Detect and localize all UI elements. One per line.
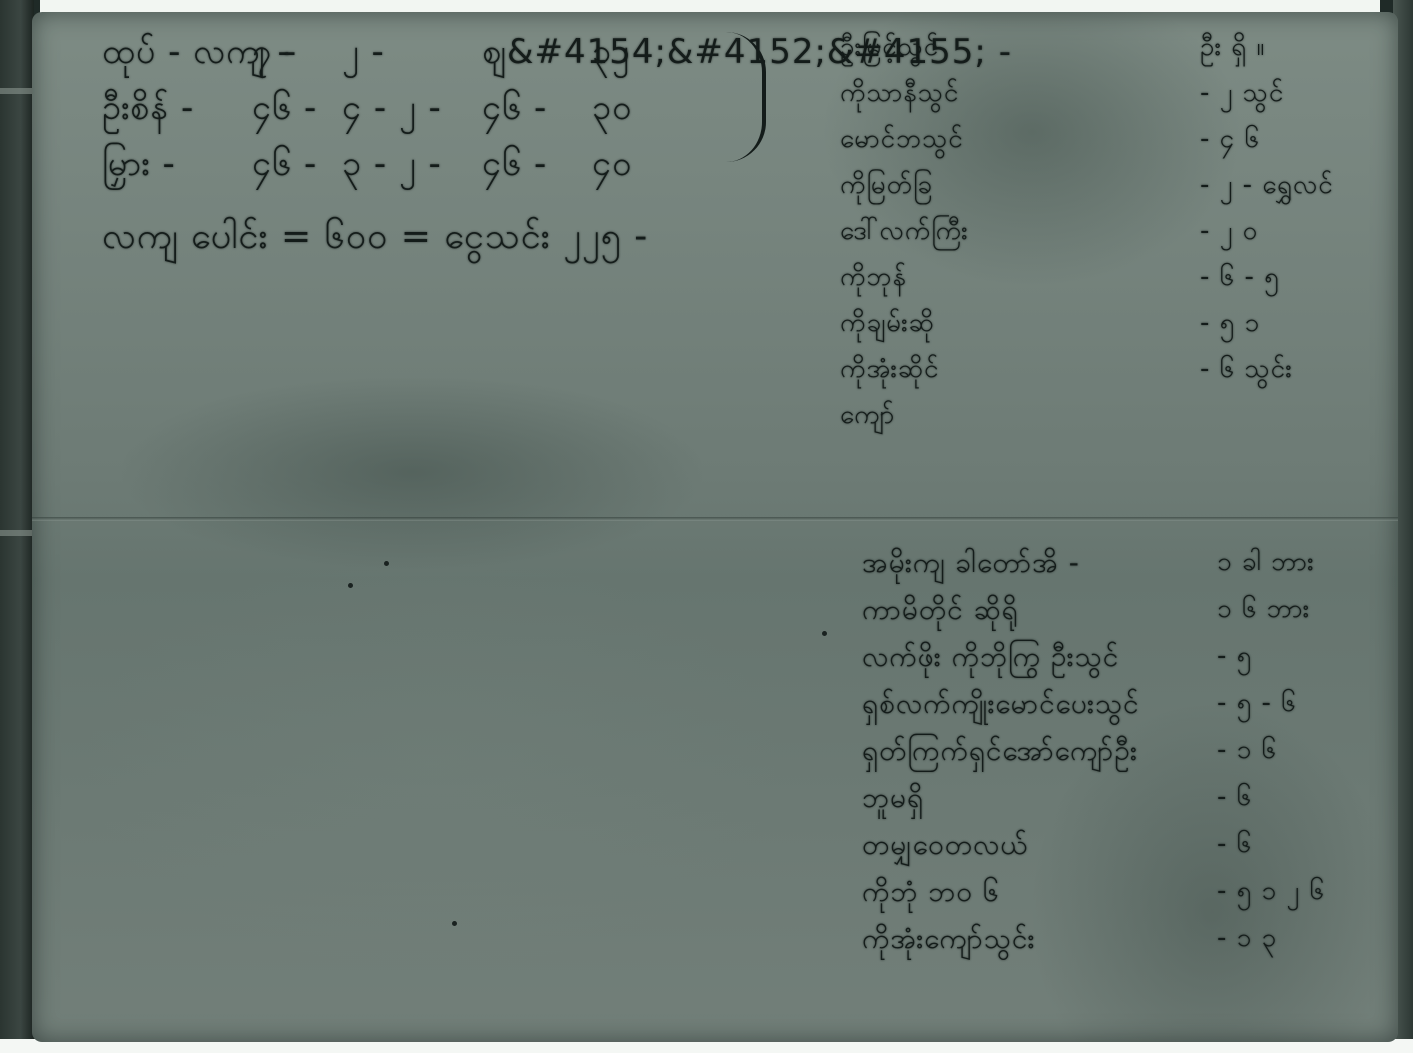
tally-table: ထုပ် - လကျ - ၇ - ၂ - ဈ&#4154;&#4152;&#41… xyxy=(102,26,672,194)
list-item: ရှစ်လက်ကျိုးမောင်ပေးသွင် xyxy=(862,680,1140,727)
tally-cell: ၇ - xyxy=(252,29,342,80)
tally-row: ထုပ် - လကျ - ၇ - ၂ - ဈ&#4154;&#4152;&#41… xyxy=(102,26,672,82)
tally-label: ထုပ် - လကျ - xyxy=(102,29,252,80)
list-item: လက်ဖိုး ကိုဘိုကြွ ဦးသွင် xyxy=(862,633,1140,680)
list-item: ကိုသာနီသွင် xyxy=(840,70,969,116)
list-item: မောင်ဘသွင် xyxy=(840,116,969,162)
tally-cell: ၄၆ - xyxy=(482,85,592,136)
bottom-names-list: အမိုးကျ ခါတော်အိ - ကာမိတိုင် ဆိုရို လက်ဖ… xyxy=(862,539,1140,962)
top-values-list: ဦး ရှိ ။ - ၂ သွင် - ၄ ၆ - ၂ - ရွှေလင် - … xyxy=(1200,24,1334,392)
ink-speck xyxy=(452,921,457,926)
list-item: ကိုချမ်းဆို xyxy=(840,300,969,346)
tally-label: မြှား - xyxy=(102,141,252,192)
list-item: - ၅ ၁ ၂ ၆ xyxy=(1217,868,1325,915)
tally-cell: ၄၀ xyxy=(592,141,672,192)
list-item: ကိုမြတ်ခြ xyxy=(840,162,969,208)
list-item: ဦးမြင့်သွင် xyxy=(840,24,969,70)
list-item: - ၆ xyxy=(1217,774,1325,821)
list-item: ဒေါ်လက်ကြီး xyxy=(840,208,969,254)
tally-cell: ၃၂ xyxy=(592,29,672,80)
list-item: ကိုဘုံ ဘဝ ၆ xyxy=(862,868,1140,915)
tally-cell: ၄ - ၂ - xyxy=(342,85,482,136)
list-item: ၁ ခါ ဘား xyxy=(1217,539,1325,586)
tally-cell: ၄၆ - xyxy=(482,141,592,192)
list-item: - ၅ xyxy=(1217,633,1325,680)
tally-cell: ၄၆ - xyxy=(252,141,342,192)
ink-speck xyxy=(348,583,353,588)
list-item: ဘူမရှိ xyxy=(862,774,1140,821)
list-item: ကာမိတိုင် ဆိုရို xyxy=(862,586,1140,633)
ink-speck xyxy=(822,631,827,636)
ink-speck xyxy=(384,561,389,566)
list-item: - ၆ - ၅ xyxy=(1200,254,1334,300)
tally-cell: ၄၆ - xyxy=(252,85,342,136)
tally-row: ဦးစိန် - ၄၆ - ၄ - ၂ - ၄၆ - ၃၀ xyxy=(102,82,672,138)
list-item: ၁ ၆ ဘား xyxy=(1217,586,1325,633)
manuscript-page: ထုပ် - လကျ - ၇ - ၂ - ဈ&#4154;&#4152;&#41… xyxy=(32,12,1398,1042)
list-item: ကျော် xyxy=(840,392,969,438)
list-item: ကိုအုံးကျော်သွင်း xyxy=(862,915,1140,962)
list-item: ကိုဘုန် xyxy=(840,254,969,300)
bottom-panel: အမိုးကျ ခါတော်အိ - ကာမိတိုင် ဆိုရို လက်ဖ… xyxy=(32,521,1398,1042)
tally-total: လကျ ပေါင်း = ၆၀၀ = ငွေသင်း ၂၂၅ - xyxy=(102,212,648,266)
bottom-values-list: ၁ ခါ ဘား ၁ ၆ ဘား - ၅ - ၅ - ၆ - ၁ ၆ - ၆ -… xyxy=(1217,539,1325,962)
tally-cell: ဈ&#4154;&#4152;&#4155; - xyxy=(482,29,592,80)
list-item: ဦး ရှိ ။ xyxy=(1200,24,1334,70)
bracket-mark xyxy=(722,32,766,162)
list-item: - ၅ - ၆ xyxy=(1217,680,1325,727)
list-item: ကိုအုံးဆိုင် xyxy=(840,346,969,392)
list-item: - ၆ သွင်း xyxy=(1200,346,1334,392)
tally-cell: ၂ - xyxy=(342,29,482,80)
list-item: - ၂ ၀ xyxy=(1200,208,1334,254)
backdrop-highlight xyxy=(0,88,34,94)
list-item: - ၆ xyxy=(1217,821,1325,868)
top-names-list: ဦးမြင့်သွင် ကိုသာနီသွင် မောင်ဘသွင် ကိုမြ… xyxy=(840,24,969,438)
tally-cell: ၃၀ xyxy=(592,85,672,136)
backdrop-left-edge xyxy=(0,0,34,1053)
list-item: - ၂ သွင် xyxy=(1200,70,1334,116)
list-item: - ၄ ၆ xyxy=(1200,116,1334,162)
list-item: - ၁ ၃ xyxy=(1217,915,1325,962)
list-item: - ၂ - ရွှေလင် xyxy=(1200,162,1334,208)
tally-row: မြှား - ၄၆ - ၃ - ၂ - ၄၆ - ၄၀ xyxy=(102,138,672,194)
top-panel: ထုပ် - လကျ - ၇ - ၂ - ဈ&#4154;&#4152;&#41… xyxy=(32,12,1398,517)
list-item: - ၁ ၆ xyxy=(1217,727,1325,774)
list-item: - ၅ ၁ xyxy=(1200,300,1334,346)
list-item: တမျှဝေတလယ် xyxy=(862,821,1140,868)
list-item: အမိုးကျ ခါတော်အိ - xyxy=(862,539,1140,586)
backdrop-highlight xyxy=(0,530,34,536)
list-item: ရှတ်ကြက်ရှင်အော်ကျော်ဦး xyxy=(862,727,1140,774)
tally-cell: ၃ - ၂ - xyxy=(342,141,482,192)
tally-label: ဦးစိန် - xyxy=(102,85,252,136)
